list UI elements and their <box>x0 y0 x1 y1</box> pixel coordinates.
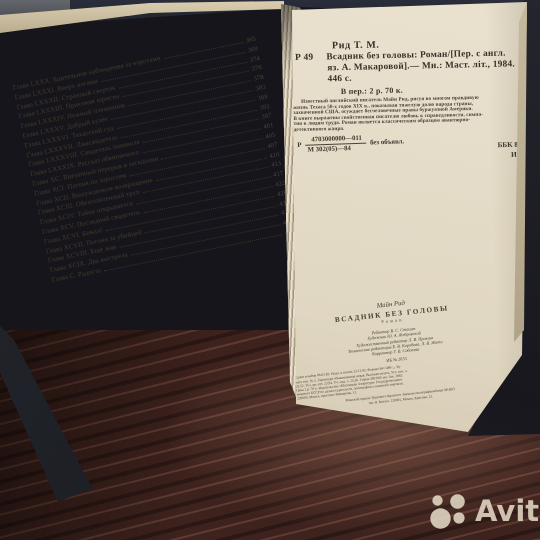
catalog-entry: Р 49 Всадник без головы: Роман/[Пер. с а… <box>295 47 540 98</box>
index-prefix: Р <box>297 142 301 149</box>
avito-watermark: Avito <box>427 491 540 531</box>
index-suffix: без объявл. <box>370 138 404 146</box>
catalog-author: Рид Т. М. <box>332 40 380 52</box>
colophon: Майн Рид ВСАДНИК БЕЗ ГОЛОВЫ Роман Редакт… <box>288 290 503 412</box>
annotation: Известный английский писатель Майн Рид, … <box>293 94 540 133</box>
index-fraction: 4703000000—011 М 302(05)—84 <box>305 135 366 154</box>
table-of-contents: Глава LXXX. Бдительное наблюдение за вор… <box>12 35 296 286</box>
book-photo: Глава LXXX. Бдительное наблюдение за вор… <box>0 0 540 540</box>
catalog-index-numbers: Р 4703000000—011 М 302(05)—84 без объявл… <box>297 133 404 154</box>
avito-wordmark: Avito <box>475 494 540 528</box>
avito-logo-icon <box>427 491 470 531</box>
catalog-code: Р 49 <box>295 53 314 64</box>
